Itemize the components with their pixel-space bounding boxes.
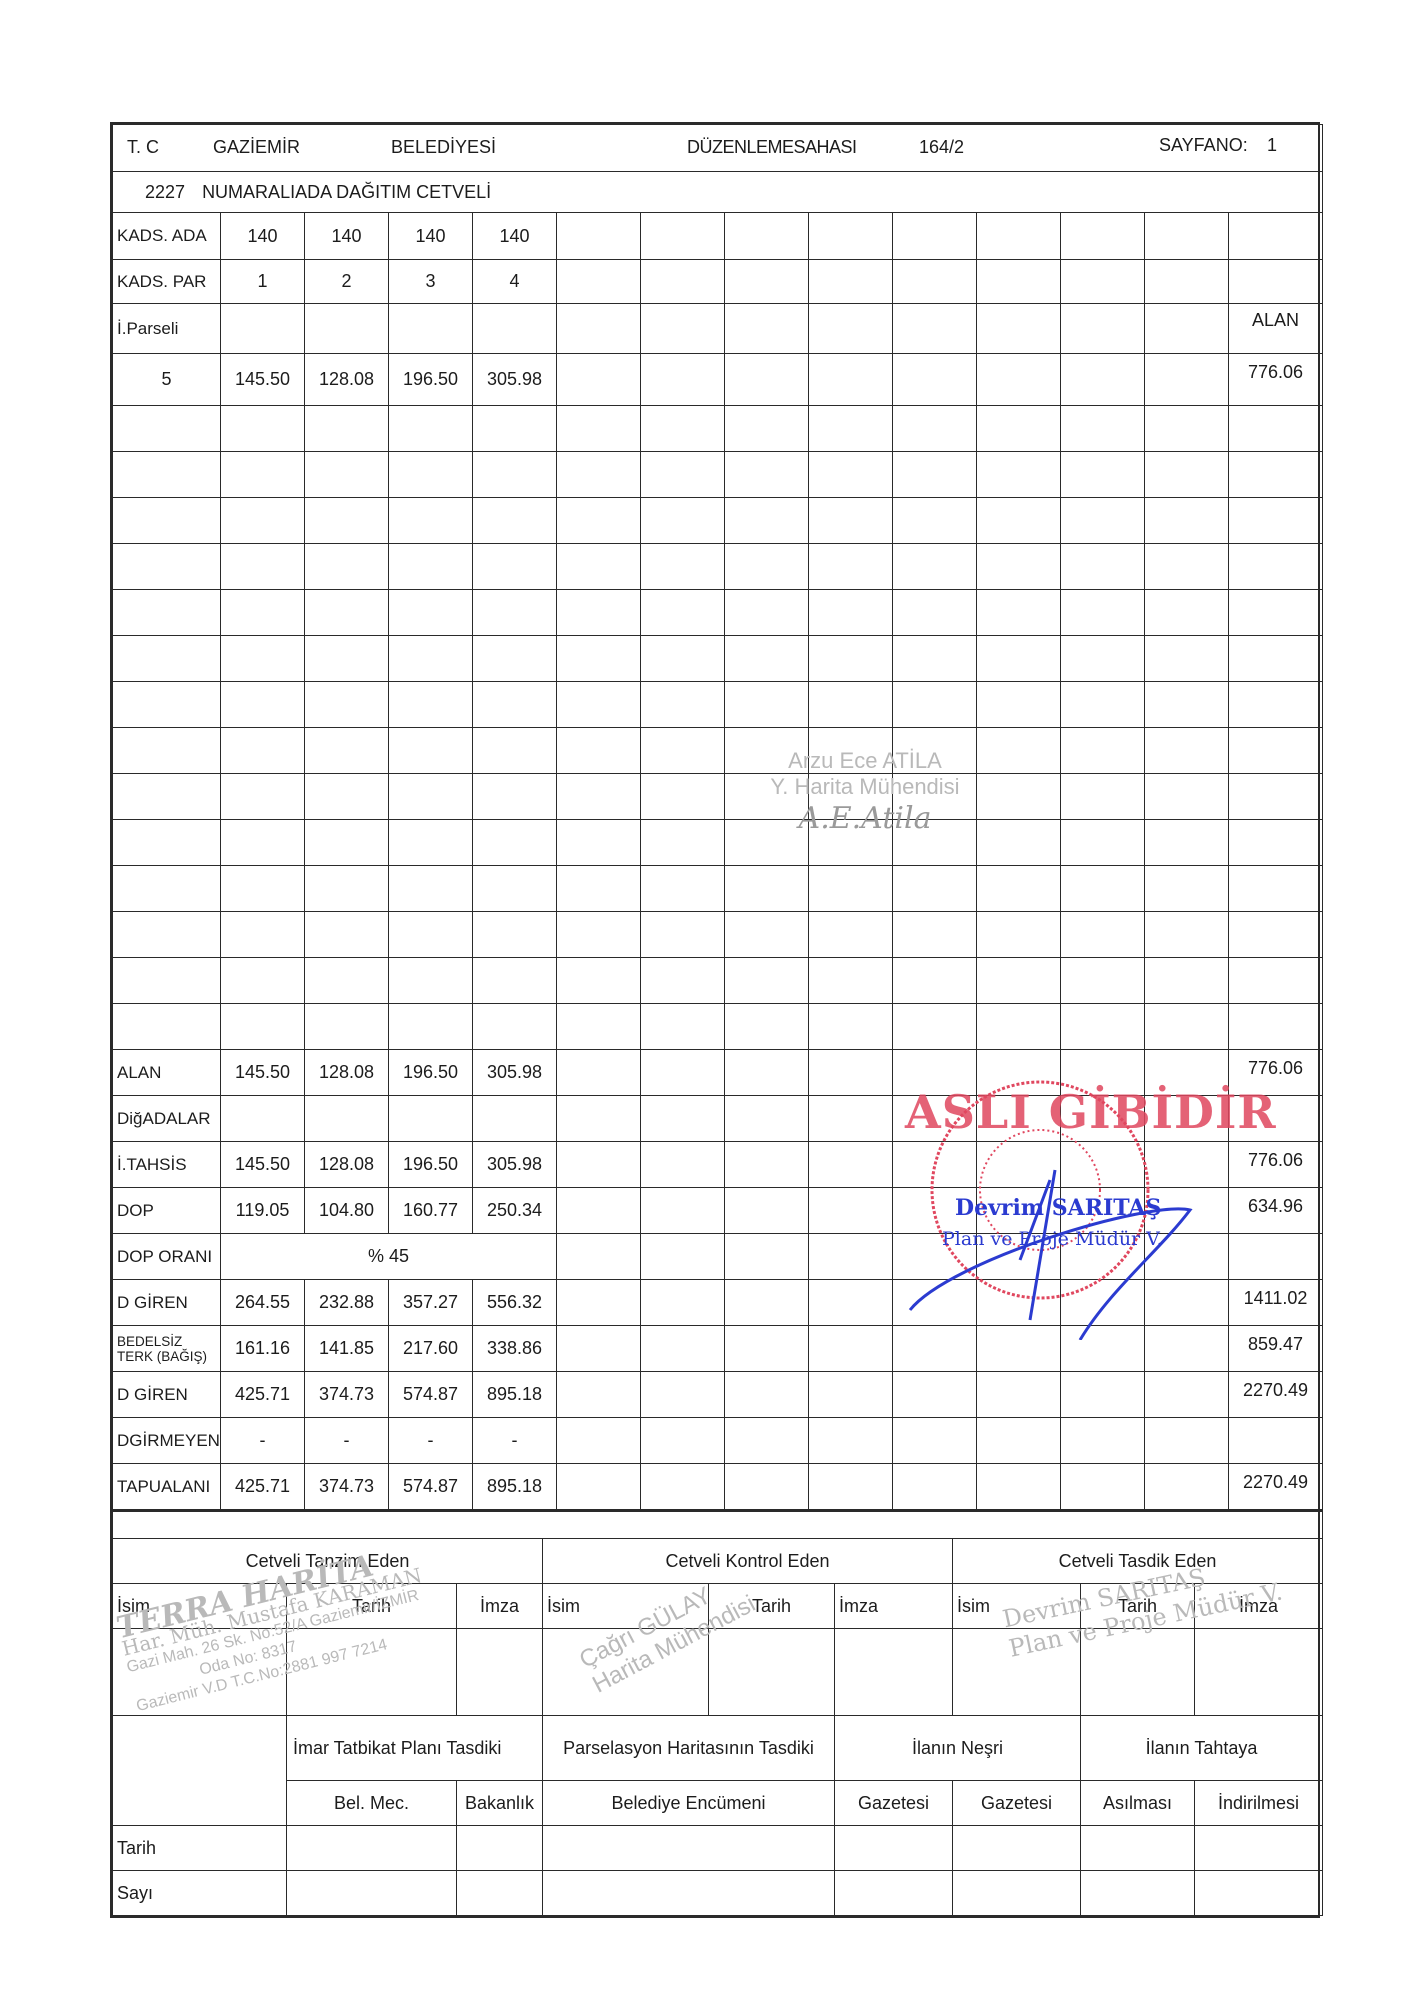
empty-cell[interactable]	[809, 590, 893, 636]
empty-cell[interactable]	[113, 1004, 221, 1050]
empty-cell[interactable]	[893, 820, 977, 866]
empty-cell[interactable]	[893, 774, 977, 820]
empty-cell[interactable]	[305, 406, 389, 452]
empty-cell[interactable]	[977, 912, 1061, 958]
empty-cell[interactable]	[389, 682, 473, 728]
empty-cell[interactable]	[977, 958, 1061, 1004]
empty-cell[interactable]	[557, 406, 641, 452]
empty-cell[interactable]	[809, 912, 893, 958]
summary-value: 145.50	[221, 1142, 305, 1188]
empty-cell[interactable]	[113, 866, 221, 912]
empty-cell[interactable]	[473, 498, 557, 544]
empty-cell[interactable]	[221, 1004, 305, 1050]
summary-value	[725, 1280, 809, 1326]
empty-cell[interactable]	[1145, 774, 1229, 820]
municipality-name: GAZİEMİR	[213, 137, 300, 158]
empty-cell[interactable]	[389, 498, 473, 544]
checked-sign-field[interactable]	[835, 1629, 953, 1716]
empty-cell[interactable]	[1145, 866, 1229, 912]
empty-cell[interactable]	[557, 498, 641, 544]
asilma-date-field[interactable]	[1081, 1826, 1195, 1871]
empty-cell[interactable]	[1061, 590, 1145, 636]
parcel-value	[641, 354, 725, 406]
empty-cell[interactable]	[1229, 912, 1323, 958]
par-cell: 3	[389, 260, 473, 304]
area-value: 164/2	[919, 137, 964, 158]
parcel-total: 776.06	[1229, 354, 1323, 406]
empty-cell[interactable]	[473, 774, 557, 820]
empty-cell[interactable]	[305, 958, 389, 1004]
empty-cell[interactable]	[221, 774, 305, 820]
empty-cell[interactable]	[221, 912, 305, 958]
empty-cell[interactable]	[977, 728, 1061, 774]
empty-cell[interactable]	[1229, 636, 1323, 682]
empty-cell[interactable]	[473, 958, 557, 1004]
summary-value	[641, 1280, 725, 1326]
empty-cell[interactable]	[389, 728, 473, 774]
empty-row	[113, 636, 1323, 682]
empty-cell[interactable]	[389, 544, 473, 590]
empty-cell[interactable]	[557, 728, 641, 774]
approved-date-field[interactable]	[1081, 1629, 1195, 1716]
empty-cell[interactable]	[1061, 728, 1145, 774]
empty-cell[interactable]	[809, 866, 893, 912]
empty-cell[interactable]	[113, 406, 221, 452]
empty-cell[interactable]	[473, 636, 557, 682]
empty-cell[interactable]	[1145, 728, 1229, 774]
checked-date-field[interactable]	[709, 1629, 835, 1716]
document-page: T. C GAZİEMİR BELEDİYESİ DÜZENLEMESAHASI…	[0, 0, 1410, 2000]
summary-value	[557, 1142, 641, 1188]
empty-cell[interactable]	[809, 406, 893, 452]
summary-value	[473, 1096, 557, 1142]
summary-value	[1061, 1418, 1145, 1464]
empty-cell[interactable]	[473, 1004, 557, 1050]
empty-cell[interactable]	[977, 866, 1061, 912]
summary-row: İ.TAHSİS145.50128.08196.50305.98776.06	[113, 1142, 1323, 1188]
ilan-tahtaya-title: İlanın Tahtaya	[1081, 1716, 1323, 1781]
summary-value	[893, 1326, 977, 1372]
empty-cell[interactable]	[221, 728, 305, 774]
empty-cell[interactable]	[221, 452, 305, 498]
summary-value: 374.73	[305, 1464, 389, 1510]
empty-cell[interactable]	[221, 590, 305, 636]
empty-cell[interactable]	[725, 820, 809, 866]
sayi-label: Sayı	[113, 1871, 287, 1916]
summary-row: DiğADALAR	[113, 1096, 1323, 1142]
empty-cell[interactable]	[1229, 682, 1323, 728]
empty-cell[interactable]	[473, 682, 557, 728]
empty-cell[interactable]	[977, 820, 1061, 866]
empty-cell[interactable]	[977, 498, 1061, 544]
empty-cell[interactable]	[221, 406, 305, 452]
empty-cell[interactable]	[1229, 452, 1323, 498]
approved-name-field[interactable]	[953, 1629, 1081, 1716]
summary-value	[1145, 1372, 1229, 1418]
empty-cell[interactable]	[1229, 728, 1323, 774]
summary-total: 776.06	[1229, 1050, 1323, 1096]
empty-cell[interactable]	[893, 866, 977, 912]
empty-cell[interactable]	[641, 820, 725, 866]
empty-cell[interactable]	[809, 820, 893, 866]
summary-total	[1229, 1418, 1323, 1464]
empty-cell[interactable]	[641, 544, 725, 590]
par-cell	[641, 260, 725, 304]
empty-cell[interactable]	[893, 590, 977, 636]
empty-cell[interactable]	[305, 452, 389, 498]
encumen-date-field[interactable]	[543, 1826, 835, 1871]
approved-name-header: İsim	[953, 1584, 1081, 1629]
empty-row	[113, 590, 1323, 636]
empty-cell[interactable]	[1145, 498, 1229, 544]
empty-cell[interactable]	[389, 820, 473, 866]
summary-value: 141.85	[305, 1326, 389, 1372]
empty-cell[interactable]	[113, 682, 221, 728]
empty-cell[interactable]	[641, 590, 725, 636]
empty-cell[interactable]	[113, 590, 221, 636]
empty-cell[interactable]	[893, 544, 977, 590]
empty-cell[interactable]	[305, 682, 389, 728]
summary-total: 859.47	[1229, 1326, 1323, 1372]
summary-value	[641, 1050, 725, 1096]
empty-cell[interactable]	[1061, 912, 1145, 958]
empty-cell[interactable]	[893, 636, 977, 682]
bel-mec-date-field[interactable]	[287, 1826, 457, 1871]
empty-cell[interactable]	[1229, 774, 1323, 820]
empty-cell[interactable]	[641, 866, 725, 912]
empty-cell[interactable]	[389, 636, 473, 682]
empty-cell[interactable]	[113, 820, 221, 866]
empty-cell[interactable]	[893, 452, 977, 498]
empty-cell[interactable]	[473, 728, 557, 774]
empty-cell[interactable]	[809, 544, 893, 590]
document-title: NUMARALIADA DAĞITIM CETVELİ	[202, 182, 491, 202]
summary-row: D GİREN425.71374.73574.87895.182270.49	[113, 1372, 1323, 1418]
kads-par-row: KADS. PAR1234	[113, 260, 1323, 304]
empty-cell[interactable]	[221, 958, 305, 1004]
empty-cell[interactable]	[641, 406, 725, 452]
summary-value: 128.08	[305, 1050, 389, 1096]
empty-cell[interactable]	[221, 544, 305, 590]
prepared-date-field[interactable]	[287, 1629, 457, 1716]
empty-cell[interactable]	[473, 912, 557, 958]
empty-cell[interactable]	[1229, 590, 1323, 636]
empty-cell[interactable]	[473, 820, 557, 866]
ilan-nesri-title: İlanın Neşri	[835, 1716, 1081, 1781]
header-cell	[221, 304, 305, 354]
empty-cell[interactable]	[1061, 636, 1145, 682]
ada-cell	[1061, 213, 1145, 260]
institution-name: BELEDİYESİ	[391, 137, 496, 158]
ada-total-cell	[1229, 213, 1323, 260]
summary-value: -	[221, 1418, 305, 1464]
empty-cell[interactable]	[557, 1004, 641, 1050]
prepared-name-header: İsim	[113, 1584, 287, 1629]
summary-value	[557, 1464, 641, 1510]
empty-cell[interactable]	[113, 958, 221, 1004]
empty-cell[interactable]	[725, 544, 809, 590]
empty-cell[interactable]	[809, 636, 893, 682]
gazete1-number-field[interactable]	[835, 1871, 953, 1916]
empty-cell[interactable]	[1061, 544, 1145, 590]
empty-cell[interactable]	[725, 636, 809, 682]
empty-cell[interactable]	[641, 682, 725, 728]
summary-value	[557, 1326, 641, 1372]
empty-cell[interactable]	[473, 406, 557, 452]
summary-total: 2270.49	[1229, 1464, 1323, 1510]
empty-cell[interactable]	[725, 452, 809, 498]
empty-cell[interactable]	[221, 498, 305, 544]
empty-cell[interactable]	[725, 958, 809, 1004]
empty-cell[interactable]	[389, 1004, 473, 1050]
empty-cell[interactable]	[893, 912, 977, 958]
empty-cell[interactable]	[641, 498, 725, 544]
empty-cell[interactable]	[977, 452, 1061, 498]
empty-cell[interactable]	[1145, 1004, 1229, 1050]
indirilme-number-field[interactable]	[1195, 1871, 1323, 1916]
summary-value: 145.50	[221, 1050, 305, 1096]
empty-cell[interactable]	[641, 1004, 725, 1050]
empty-cell[interactable]	[473, 590, 557, 636]
empty-cell[interactable]	[557, 866, 641, 912]
empty-cell[interactable]	[557, 544, 641, 590]
parcel-value	[557, 354, 641, 406]
empty-cell[interactable]	[1061, 682, 1145, 728]
empty-cell[interactable]	[113, 728, 221, 774]
gazete2-number-field[interactable]	[953, 1871, 1081, 1916]
empty-cell[interactable]	[893, 958, 977, 1004]
page-label: SAYFANO:	[1159, 135, 1248, 156]
empty-cell[interactable]	[725, 406, 809, 452]
empty-cell[interactable]	[641, 728, 725, 774]
empty-cell[interactable]	[305, 590, 389, 636]
empty-cell[interactable]	[977, 1004, 1061, 1050]
empty-cell[interactable]	[641, 636, 725, 682]
empty-cell[interactable]	[641, 774, 725, 820]
empty-cell[interactable]	[725, 1004, 809, 1050]
empty-cell[interactable]	[389, 452, 473, 498]
empty-cell[interactable]	[389, 774, 473, 820]
summary-value	[893, 1234, 977, 1280]
empty-cell[interactable]	[557, 820, 641, 866]
empty-cell[interactable]	[1229, 820, 1323, 866]
empty-cell[interactable]	[557, 636, 641, 682]
par-cell: 1	[221, 260, 305, 304]
iparseli-header-row: İ.ParseliALAN	[113, 304, 1323, 354]
empty-cell[interactable]	[113, 636, 221, 682]
empty-cell[interactable]	[221, 820, 305, 866]
summary-total: 1411.02	[1229, 1280, 1323, 1326]
empty-cell[interactable]	[557, 452, 641, 498]
empty-cell[interactable]	[305, 544, 389, 590]
summary-value	[809, 1326, 893, 1372]
empty-cell[interactable]	[1145, 912, 1229, 958]
empty-cell[interactable]	[809, 958, 893, 1004]
empty-cell[interactable]	[977, 636, 1061, 682]
summary-value	[893, 1464, 977, 1510]
empty-cell[interactable]	[1229, 498, 1323, 544]
empty-cell[interactable]	[1061, 452, 1145, 498]
gazete2-date-field[interactable]	[953, 1826, 1081, 1871]
empty-cell[interactable]	[557, 682, 641, 728]
empty-cell[interactable]	[305, 1004, 389, 1050]
kads-par-label: KADS. PAR	[113, 260, 221, 304]
summary-value: 232.88	[305, 1280, 389, 1326]
empty-cell[interactable]	[977, 544, 1061, 590]
empty-cell[interactable]	[725, 866, 809, 912]
gazete1-date-field[interactable]	[835, 1826, 953, 1871]
summary-value	[1145, 1280, 1229, 1326]
checked-name-field[interactable]	[543, 1629, 709, 1716]
empty-cell[interactable]	[1061, 774, 1145, 820]
signature-header-row: İsim Tarih İmza İsim Tarih İmza İsim Tar…	[113, 1584, 1323, 1629]
empty-cell[interactable]	[1145, 590, 1229, 636]
empty-cell[interactable]	[305, 498, 389, 544]
empty-cell[interactable]	[221, 866, 305, 912]
signature-spacer-row	[113, 1511, 1323, 1539]
signature-field-row	[113, 1629, 1323, 1716]
empty-cell[interactable]	[641, 452, 725, 498]
empty-cell[interactable]	[389, 590, 473, 636]
empty-cell[interactable]	[977, 590, 1061, 636]
empty-cell[interactable]	[1145, 682, 1229, 728]
empty-cell[interactable]	[977, 682, 1061, 728]
ada-cell	[893, 213, 977, 260]
summary-value	[221, 1096, 305, 1142]
empty-cell[interactable]	[641, 958, 725, 1004]
summary-value	[1061, 1372, 1145, 1418]
empty-cell[interactable]	[305, 774, 389, 820]
summary-value: 217.60	[389, 1326, 473, 1372]
summary-row: D GİREN264.55232.88357.27556.321411.02	[113, 1280, 1323, 1326]
bel-mec-number-field[interactable]	[287, 1871, 457, 1916]
summary-value	[977, 1188, 1061, 1234]
empty-cell[interactable]	[1229, 544, 1323, 590]
parcel-value: 196.50	[389, 354, 473, 406]
prepared-name-field[interactable]	[113, 1629, 287, 1716]
ada-cell: 140	[473, 213, 557, 260]
empty-cell[interactable]	[113, 452, 221, 498]
empty-cell[interactable]	[893, 498, 977, 544]
empty-cell[interactable]	[1229, 958, 1323, 1004]
empty-row	[113, 866, 1323, 912]
empty-cell[interactable]	[389, 912, 473, 958]
empty-cell[interactable]	[113, 544, 221, 590]
empty-cell[interactable]	[113, 498, 221, 544]
empty-cell[interactable]	[725, 912, 809, 958]
empty-cell[interactable]	[1145, 406, 1229, 452]
summary-value	[893, 1142, 977, 1188]
empty-cell[interactable]	[893, 406, 977, 452]
empty-cell[interactable]	[305, 636, 389, 682]
summary-value	[809, 1464, 893, 1510]
empty-cell[interactable]	[1229, 406, 1323, 452]
prepared-sign-field[interactable]	[457, 1629, 543, 1716]
empty-cell[interactable]	[305, 728, 389, 774]
empty-cell[interactable]	[809, 682, 893, 728]
empty-cell[interactable]	[1145, 636, 1229, 682]
indirilme-date-field[interactable]	[1195, 1826, 1323, 1871]
empty-cell[interactable]	[113, 774, 221, 820]
empty-cell[interactable]	[977, 406, 1061, 452]
empty-cell[interactable]	[977, 774, 1061, 820]
summary-value	[809, 1418, 893, 1464]
empty-cell[interactable]	[1061, 866, 1145, 912]
empty-cell[interactable]	[809, 774, 893, 820]
summary-value: 338.86	[473, 1326, 557, 1372]
empty-cell[interactable]	[1061, 1004, 1145, 1050]
empty-cell[interactable]	[557, 958, 641, 1004]
empty-cell[interactable]	[1061, 958, 1145, 1004]
bakanlik-number-field[interactable]	[457, 1871, 543, 1916]
empty-cell[interactable]	[473, 544, 557, 590]
ada-cell	[641, 213, 725, 260]
empty-cell[interactable]	[1061, 498, 1145, 544]
empty-cell[interactable]	[557, 774, 641, 820]
empty-cell[interactable]	[557, 590, 641, 636]
empty-cell[interactable]	[305, 820, 389, 866]
summary-value: -	[305, 1418, 389, 1464]
approved-sign-field[interactable]	[1195, 1629, 1323, 1716]
empty-cell[interactable]	[809, 498, 893, 544]
empty-cell[interactable]	[641, 912, 725, 958]
empty-cell[interactable]	[389, 958, 473, 1004]
empty-cell[interactable]	[893, 682, 977, 728]
empty-cell[interactable]	[1145, 452, 1229, 498]
empty-cell[interactable]	[893, 1004, 977, 1050]
empty-cell[interactable]	[1145, 820, 1229, 866]
empty-cell[interactable]	[725, 498, 809, 544]
empty-cell[interactable]	[473, 866, 557, 912]
empty-cell[interactable]	[809, 728, 893, 774]
empty-cell[interactable]	[1145, 958, 1229, 1004]
empty-cell[interactable]	[1229, 866, 1323, 912]
empty-cell[interactable]	[389, 406, 473, 452]
asilma-number-field[interactable]	[1081, 1871, 1195, 1916]
empty-cell[interactable]	[1229, 1004, 1323, 1050]
empty-cell[interactable]	[1061, 820, 1145, 866]
empty-cell[interactable]	[305, 866, 389, 912]
encumen-number-field[interactable]	[543, 1871, 835, 1916]
empty-cell[interactable]	[473, 452, 557, 498]
empty-cell[interactable]	[725, 682, 809, 728]
empty-cell[interactable]	[809, 1004, 893, 1050]
summary-value: -	[389, 1418, 473, 1464]
bakanlik-date-field[interactable]	[457, 1826, 543, 1871]
empty-cell[interactable]	[221, 636, 305, 682]
ada-cell	[1145, 213, 1229, 260]
approval-number-row: Sayı	[113, 1871, 1323, 1916]
alan-header: ALAN	[1229, 304, 1323, 354]
summary-value: 895.18	[473, 1372, 557, 1418]
empty-cell[interactable]	[725, 774, 809, 820]
empty-cell[interactable]	[809, 452, 893, 498]
empty-cell[interactable]	[893, 728, 977, 774]
empty-cell[interactable]	[221, 682, 305, 728]
empty-cell[interactable]	[113, 912, 221, 958]
empty-cell[interactable]	[1061, 406, 1145, 452]
summary-value: 374.73	[305, 1372, 389, 1418]
empty-cell[interactable]	[1145, 544, 1229, 590]
summary-value	[809, 1372, 893, 1418]
empty-cell[interactable]	[557, 912, 641, 958]
par-cell	[557, 260, 641, 304]
empty-cell[interactable]	[305, 912, 389, 958]
empty-cell[interactable]	[725, 590, 809, 636]
summary-value	[893, 1188, 977, 1234]
empty-cell[interactable]	[389, 866, 473, 912]
empty-cell[interactable]	[725, 728, 809, 774]
